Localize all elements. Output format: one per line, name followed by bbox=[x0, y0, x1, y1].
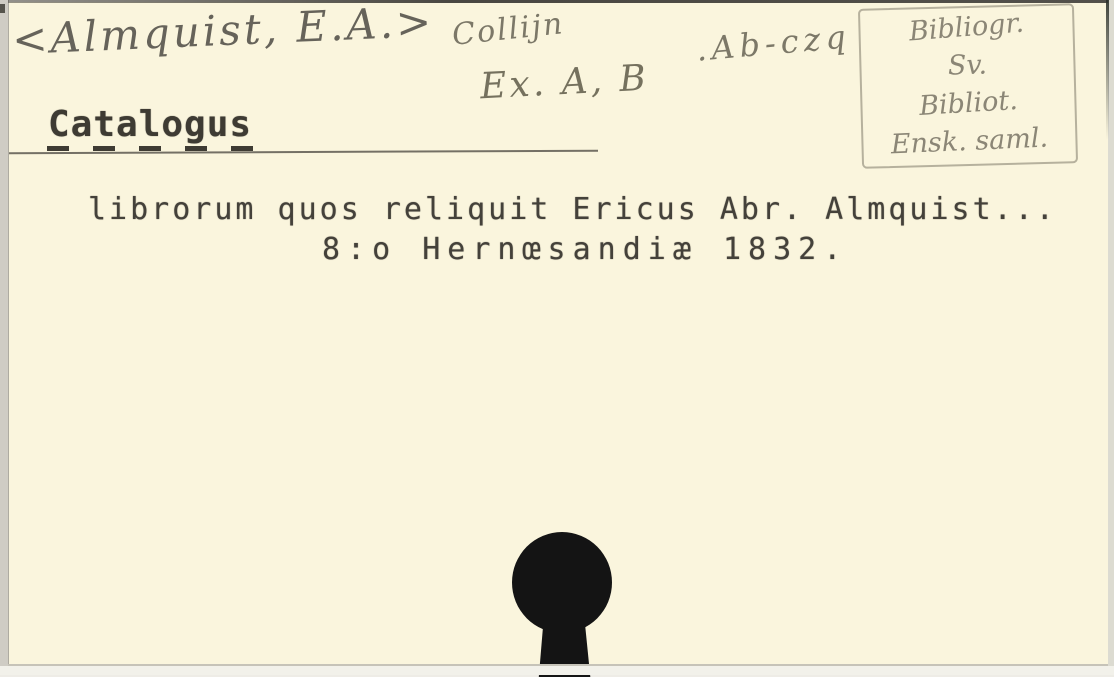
shelfmark-handwritten: .Ab-czq bbox=[695, 17, 853, 68]
classification-box: Bibliogr. Sv. Bibliot. Ensk. saml. bbox=[858, 3, 1078, 169]
card-title: Catalogus bbox=[48, 104, 252, 145]
catalog-card: <Almquist, E.A.> Collijn Ex. A, B .Ab-cz… bbox=[8, 2, 1108, 666]
body-text-line1: librorum quos reliquit Ericus Abr. Almqu… bbox=[88, 192, 1057, 227]
typed-underline-dash bbox=[185, 146, 207, 151]
typed-underline-dash bbox=[47, 146, 69, 151]
body-text-line2: 8:o Hernœsandiæ 1832. bbox=[322, 232, 848, 267]
scan-edge-right-shadow bbox=[1106, 0, 1109, 140]
typed-underline-dash bbox=[139, 146, 161, 151]
typed-underline-dash bbox=[93, 146, 115, 151]
author-heading-handwritten: <Almquist, E.A.> bbox=[11, 0, 435, 64]
scan-edge-left bbox=[0, 0, 9, 675]
copy-note-handwritten: Ex. A, B bbox=[479, 58, 650, 108]
scan-edge-top bbox=[8, 0, 1114, 3]
scanned-page: <Almquist, E.A.> Collijn Ex. A, B .Ab-cz… bbox=[0, 0, 1114, 675]
scan-edge-bottom bbox=[0, 666, 1114, 675]
scan-artifact bbox=[0, 4, 5, 13]
collection-note-handwritten: Collijn bbox=[450, 6, 565, 53]
typed-underline-dashes bbox=[47, 146, 267, 151]
